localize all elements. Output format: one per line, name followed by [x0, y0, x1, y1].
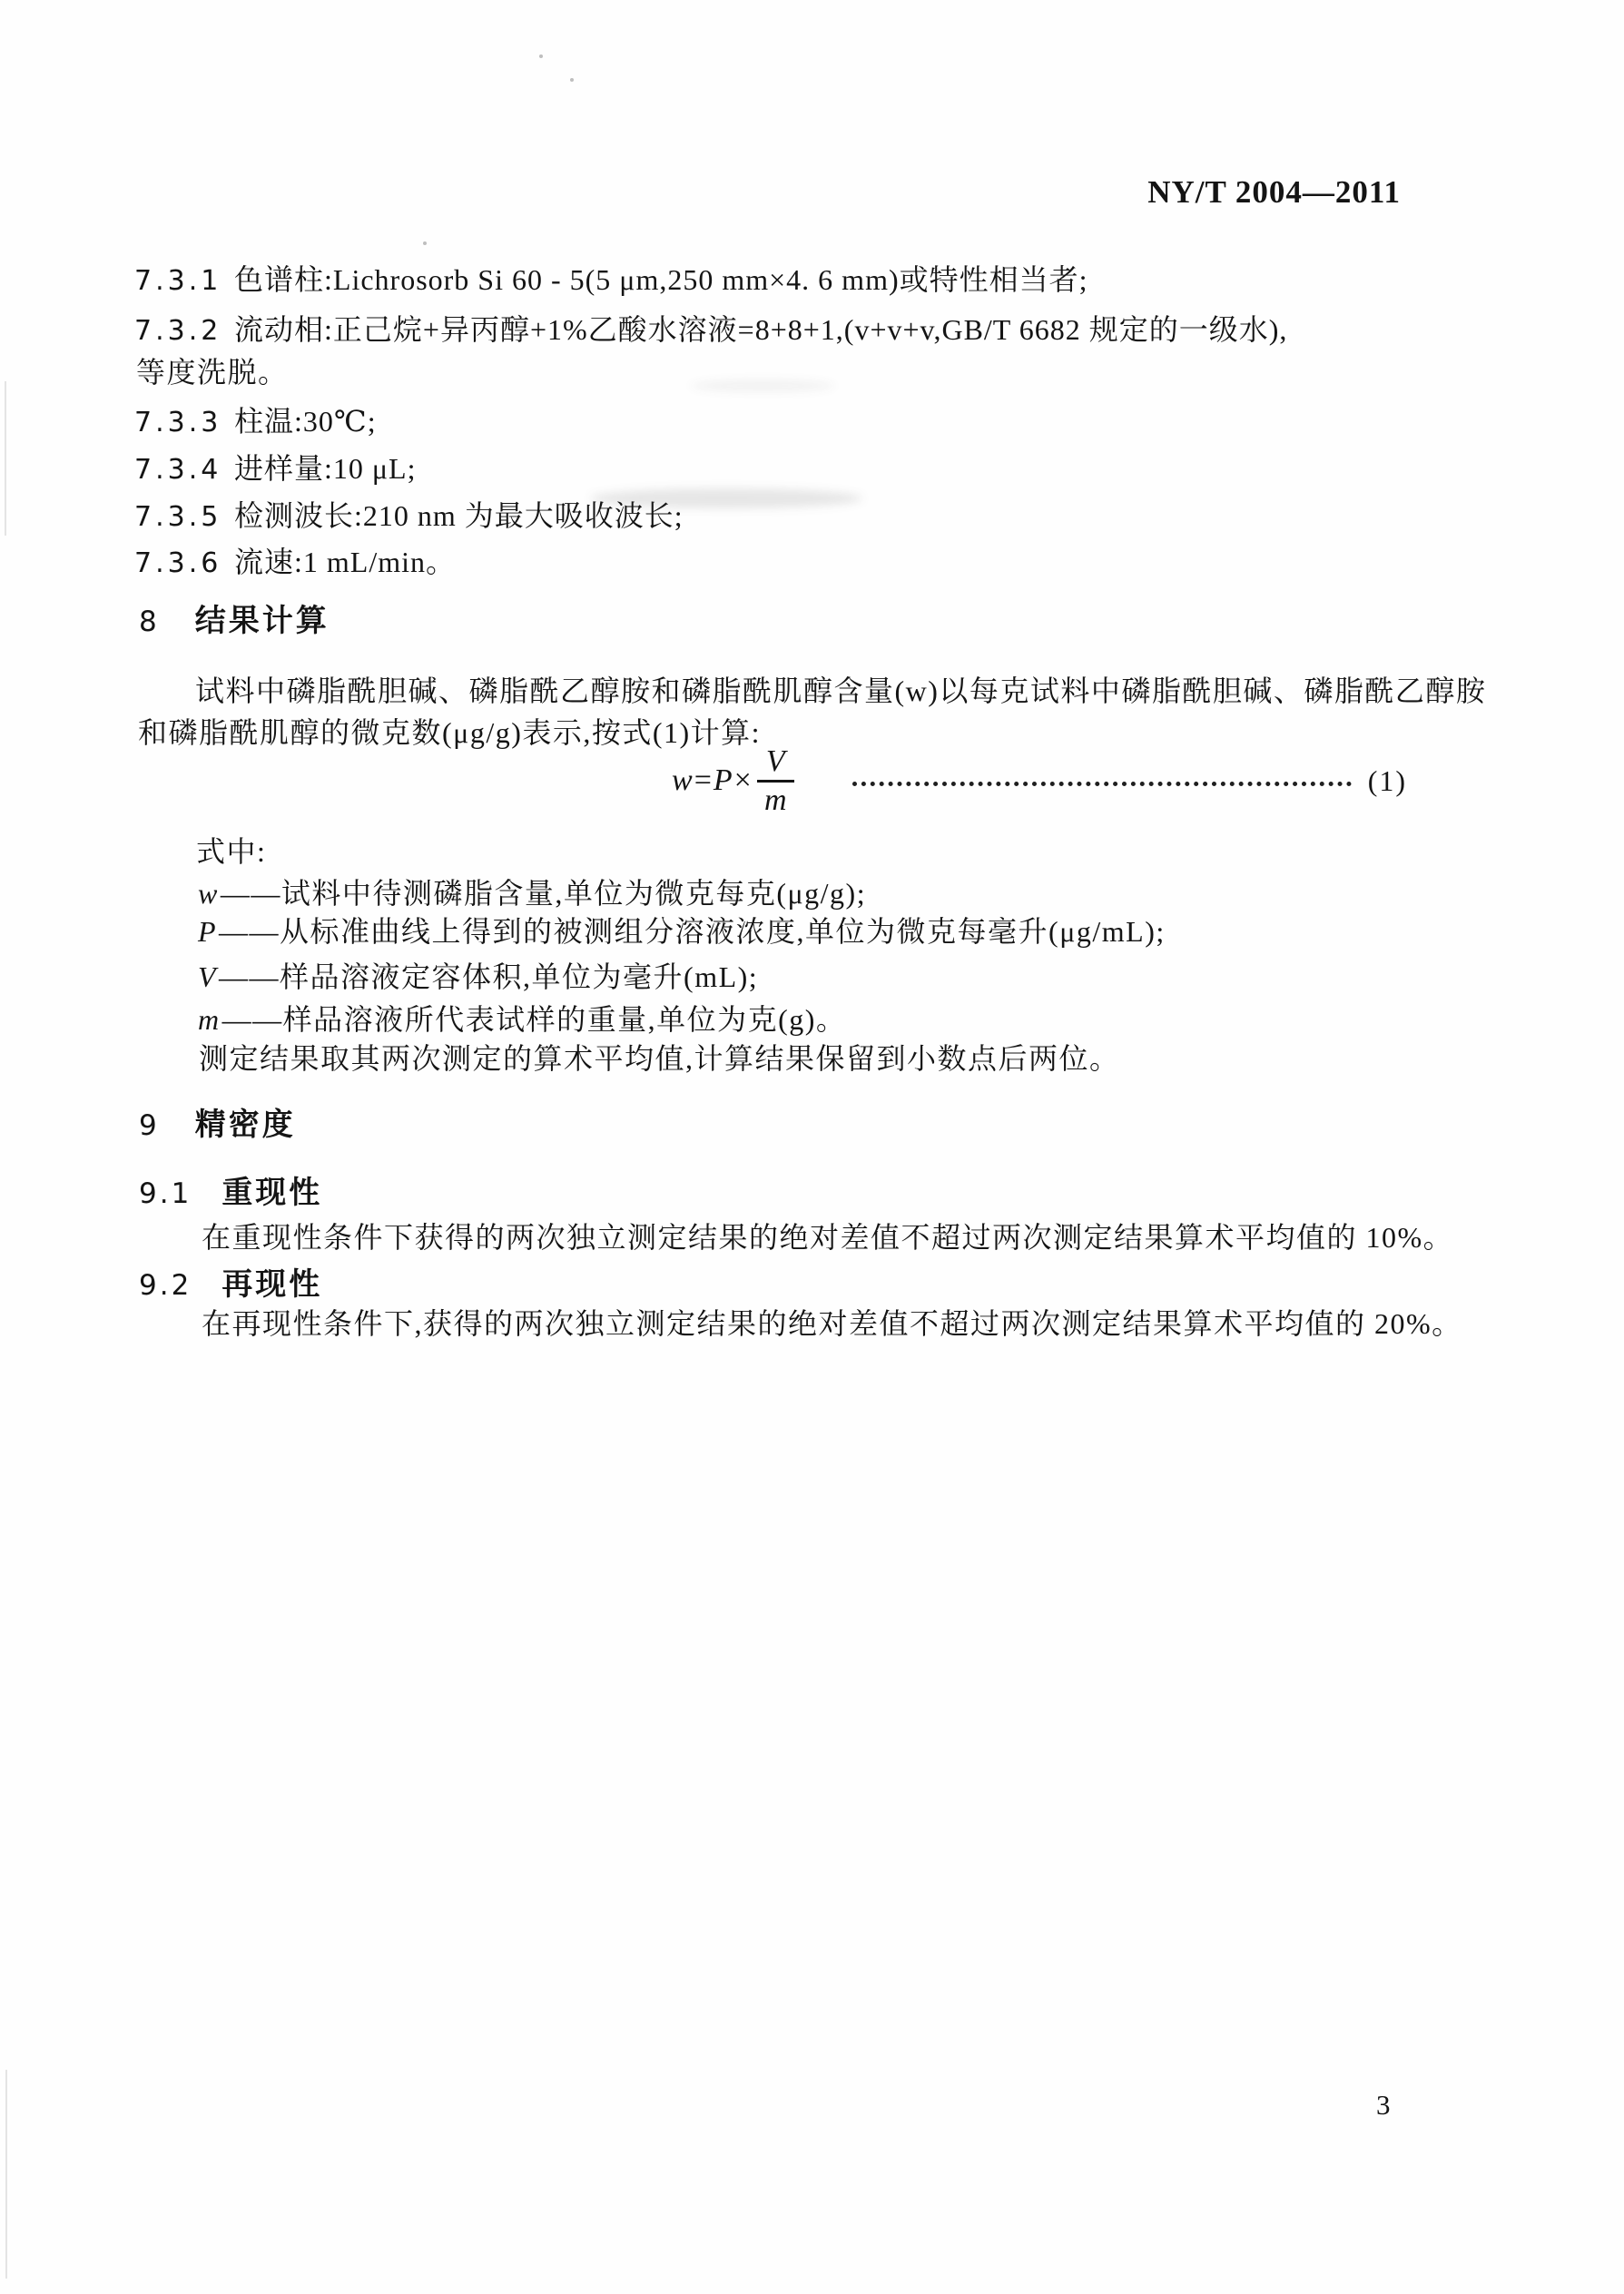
- clause-number: 7.3.6: [134, 546, 234, 581]
- section-8-closing: 测定结果取其两次测定的算术平均值,计算结果保留到小数点后两位。: [199, 1040, 1120, 1077]
- definition-symbol: m: [198, 1001, 221, 1038]
- clause-number: 7.3.1: [134, 264, 234, 299]
- definition-text: ——从标准曲线上得到的被测组分溶液浓度,单位为微克每毫升(μg/mL);: [219, 913, 1166, 950]
- definition-V: V ——样品溶液定容体积,单位为毫升(mL);: [198, 959, 758, 995]
- clause-number: 7.3.4: [134, 453, 234, 487]
- definition-symbol: w: [198, 875, 219, 911]
- clause-text: 流动相:正己烷+异丙醇+1%乙酸水溶液=8+8+1,(v+v+v,GB/T 66…: [234, 311, 1287, 348]
- scan-artifact: [539, 54, 543, 58]
- section-9-1-heading: 9.1 重现性: [139, 1174, 322, 1213]
- clause-7-3-5: 7.3.5 检测波长:210 nm 为最大吸收波长;: [134, 497, 684, 535]
- equation-number: (1): [1368, 763, 1407, 799]
- where-label: 式中:: [196, 833, 266, 870]
- clause-text: 进样量:10 μL;: [234, 450, 417, 487]
- multiply-sign: ×: [733, 762, 753, 801]
- definition-text: ——样品溶液所代表试样的重量,单位为克(g)。: [222, 1001, 847, 1038]
- fraction-numerator: V: [757, 744, 794, 782]
- section-number: 8: [139, 605, 160, 640]
- definition-text: ——样品溶液定容体积,单位为毫升(mL);: [219, 959, 758, 995]
- standard-number: NY/T 2004—2011: [1147, 172, 1401, 212]
- clause-7-3-2: 7.3.2 流动相:正己烷+异丙醇+1%乙酸水溶液=8+8+1,(v+v+v,G…: [134, 311, 1287, 349]
- document-page: NY/T 2004—2011 7.3.1 色谱柱:Lichrosorb Si 6…: [0, 0, 1624, 2294]
- section-title: 结果计算: [195, 602, 330, 641]
- definition-P: P ——从标准曲线上得到的被测组分溶液浓度,单位为微克每毫升(μg/mL);: [198, 913, 1166, 950]
- scan-artifact: [423, 241, 427, 245]
- clause-number: 7.3.2: [134, 314, 234, 349]
- scan-artifact: [690, 379, 835, 392]
- clause-7-3-4: 7.3.4 进样量:10 μL;: [134, 450, 417, 487]
- section-9-2-heading: 9.2 再现性: [139, 1265, 322, 1305]
- scan-artifact: [570, 78, 574, 82]
- clause-text: 流速:1 mL/min。: [234, 544, 456, 580]
- section-8-heading: 8 结果计算: [139, 602, 330, 641]
- clause-7-3-6: 7.3.6 流速:1 mL/min。: [134, 544, 456, 581]
- section-title: 精密度: [195, 1106, 296, 1145]
- page-number: 3: [1376, 2088, 1391, 2123]
- clause-text: 检测波长:210 nm 为最大吸收波长;: [234, 497, 684, 534]
- scan-artifact: [5, 381, 6, 536]
- section-8-paragraph-line-1: 试料中磷脂酰胆碱、磷脂酰乙醇胺和磷脂酰肌醇含量(w)以每克试料中磷脂酰胆碱、磷脂…: [195, 673, 1486, 709]
- section-9-1-body: 在重现性条件下获得的两次独立测定结果的绝对差值不超过两次测定结果算术平均值的 1…: [202, 1219, 1453, 1255]
- fraction-V-over-m: V m: [757, 744, 794, 817]
- clause-number: 7.3.3: [134, 406, 234, 440]
- formula-symbol-P: P: [714, 762, 733, 801]
- scan-artifact: [5, 2070, 7, 2279]
- definition-m: m ——样品溶液所代表试样的重量,单位为克(g)。: [198, 1001, 846, 1038]
- definition-symbol: V: [198, 959, 217, 995]
- clause-number: 7.3.5: [134, 500, 234, 535]
- definition-w: w ——试料中待测磷脂含量,单位为微克每克(μg/g);: [198, 875, 866, 911]
- fraction-denominator: m: [764, 783, 787, 817]
- equals-sign: =: [693, 762, 714, 801]
- definition-text: ——试料中待测磷脂含量,单位为微克每克(μg/g);: [221, 875, 866, 911]
- dotted-leader: [852, 782, 1352, 786]
- formula-symbol-w: w: [672, 762, 693, 801]
- clause-text: 柱温:30℃;: [234, 403, 377, 439]
- definition-symbol: P: [198, 913, 217, 950]
- formula-1: w = P × V m (1): [672, 743, 1407, 819]
- section-number: 9: [139, 1108, 160, 1144]
- clause-7-3-2-continuation: 等度洗脱。: [136, 354, 289, 390]
- clause-text: 色谱柱:Lichrosorb Si 60 - 5(5 μm,250 mm×4. …: [234, 261, 1088, 298]
- section-number: 9.1: [139, 1177, 192, 1212]
- clause-7-3-1: 7.3.1 色谱柱:Lichrosorb Si 60 - 5(5 μm,250 …: [134, 261, 1088, 299]
- section-9-2-body: 在再现性条件下,获得的两次独立测定结果的绝对差值不超过两次测定结果算术平均值的 …: [202, 1305, 1462, 1342]
- section-8-paragraph-line-2: 和磷脂酰肌醇的微克数(μg/g)表示,按式(1)计算:: [138, 714, 761, 751]
- section-title: 再现性: [221, 1265, 322, 1305]
- section-title: 重现性: [221, 1174, 322, 1213]
- section-9-heading: 9 精密度: [139, 1106, 296, 1145]
- section-number: 9.2: [139, 1268, 192, 1304]
- clause-7-3-3: 7.3.3 柱温:30℃;: [134, 403, 377, 440]
